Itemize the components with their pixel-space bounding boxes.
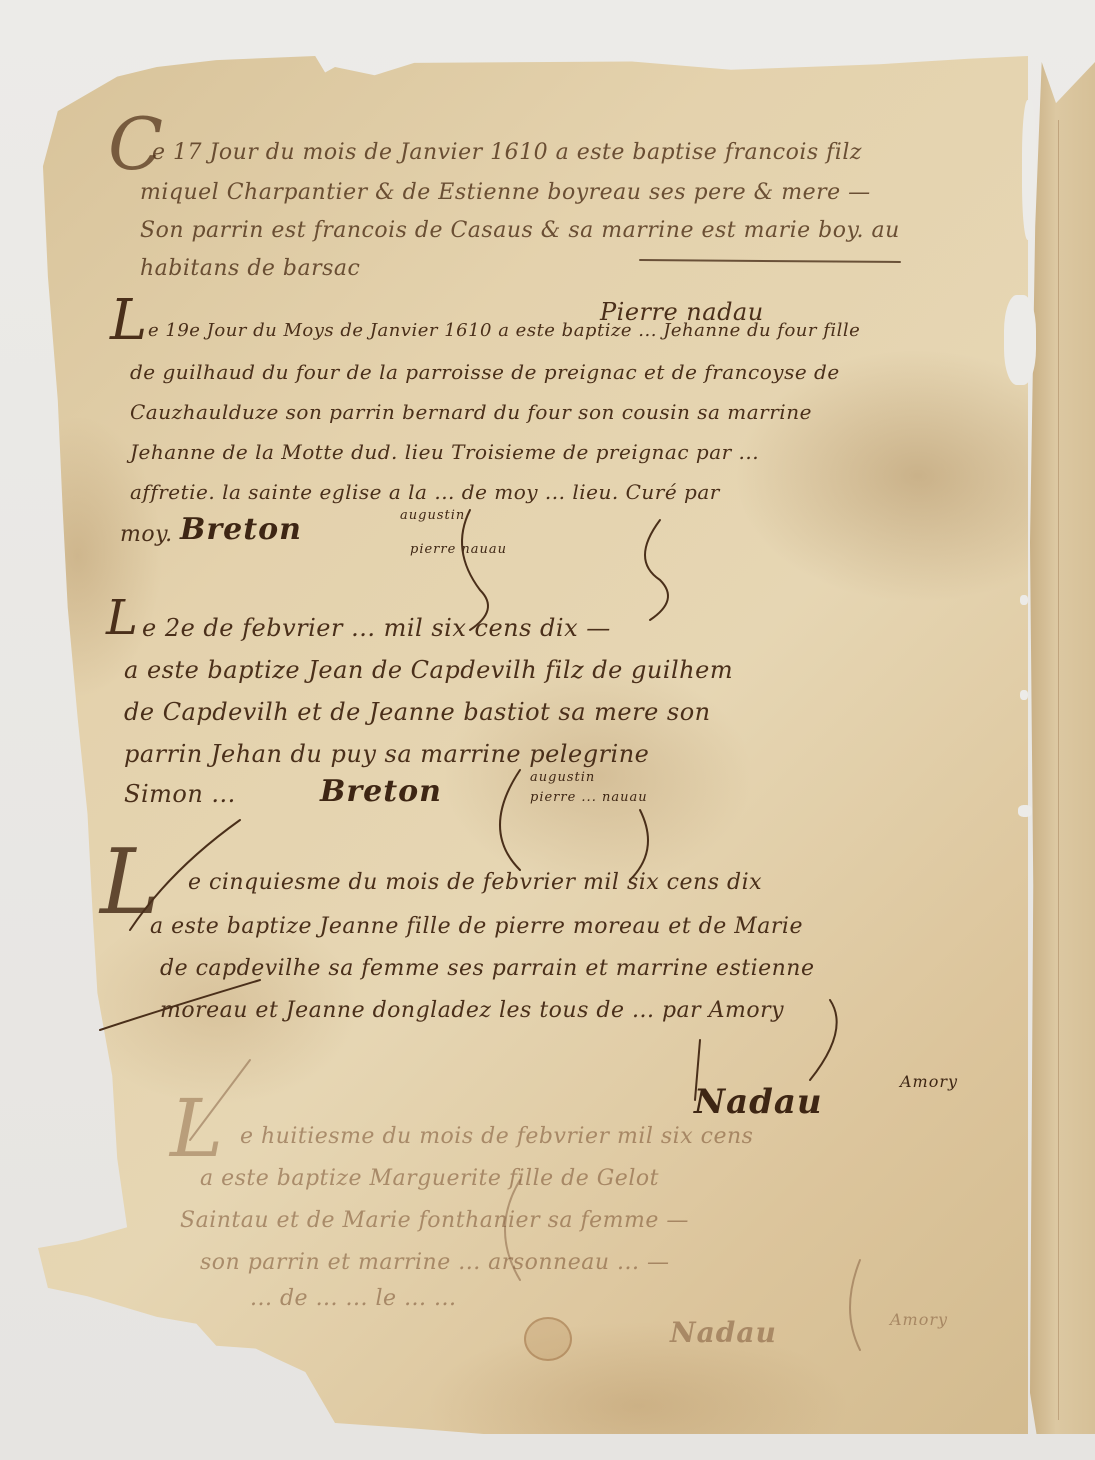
entry-line: Jehanne de la Motte dud. lieu Troisieme … — [130, 440, 759, 464]
signature-augustin: augustin — [530, 770, 595, 785]
entry-line: habitans de barsac — [140, 256, 360, 281]
binding-gutter — [1058, 120, 1059, 1420]
entry-line: de capdevilhe sa femme ses parrain et ma… — [160, 956, 814, 981]
entry-line: a este baptize Jean de Capdevilh filz de… — [124, 656, 733, 684]
signature-nadau: Nadau — [694, 1082, 823, 1122]
entry-line: Simon ... — [124, 780, 236, 808]
paper-hole — [1022, 100, 1036, 240]
entry-line: a este baptize Jeanne fille de pierre mo… — [150, 914, 803, 939]
signature-amory: Amory — [890, 1310, 948, 1329]
entry-line: de guilhaud du four de la parroisse de p… — [130, 360, 840, 384]
entry-line: e 2e de febvrier ... mil six cens dix — — [142, 614, 611, 642]
adjacent-leaf-edge — [1030, 62, 1095, 1434]
paper-hole — [1020, 595, 1028, 605]
entry-initial: L — [110, 288, 147, 353]
signature-breton: Breton — [320, 774, 442, 809]
signature-amory: Amory — [900, 1072, 958, 1091]
entry-line: miquel Charpantier & de Estienne boyreau… — [140, 180, 871, 205]
entry-line: parrin Jehan du puy sa marrine pelegrine — [124, 740, 649, 768]
signature-nadau: Nadau — [670, 1316, 777, 1349]
entry-line: de Capdevilh et de Jeanne bastiot sa mer… — [124, 698, 711, 726]
signature-augustin: augustin — [400, 508, 465, 523]
paper-hole — [1018, 805, 1032, 817]
entry-line: son parrin et marrine ... arsonneau ... … — [200, 1250, 669, 1275]
entry-initial: L — [106, 590, 138, 646]
paper-hole — [1004, 295, 1036, 385]
entry-line: e huitiesme du mois de febvrier mil six … — [240, 1124, 753, 1149]
entry-line: moreau et Jeanne dongladez les tous de .… — [160, 998, 784, 1023]
signature-pierre-nauau: pierre ... nauau — [530, 790, 648, 805]
entry-line: Saintau et de Marie fonthanier sa femme … — [180, 1208, 689, 1233]
entry-line: Cauzhaulduze son parrin bernard du four … — [130, 400, 812, 424]
entry-initial: L — [170, 1082, 223, 1175]
entry-line: Son parrin est francois de Casaus & sa m… — [140, 218, 900, 243]
entry-line: e 19e Jour du Moys de Janvier 1610 a est… — [148, 320, 860, 341]
signature-breton: Breton — [180, 512, 302, 547]
paper-hole — [1020, 690, 1028, 700]
entry-line: e 17 Jour du mois de Janvier 1610 a este… — [152, 140, 862, 165]
entry-line: affretie. la sainte eglise a la ... de m… — [130, 480, 720, 504]
signature-pierre-nauau: pierre nauau — [410, 542, 507, 557]
entry-line: e cinquiesme du mois de febvrier mil six… — [188, 870, 762, 895]
water-stain — [524, 1317, 572, 1361]
entry-line: a este baptize Marguerite fille de Gelot — [200, 1166, 659, 1191]
entry-line: ... de ... ... le ... ... — [250, 1286, 457, 1311]
entry-line: moy. — [120, 522, 173, 547]
